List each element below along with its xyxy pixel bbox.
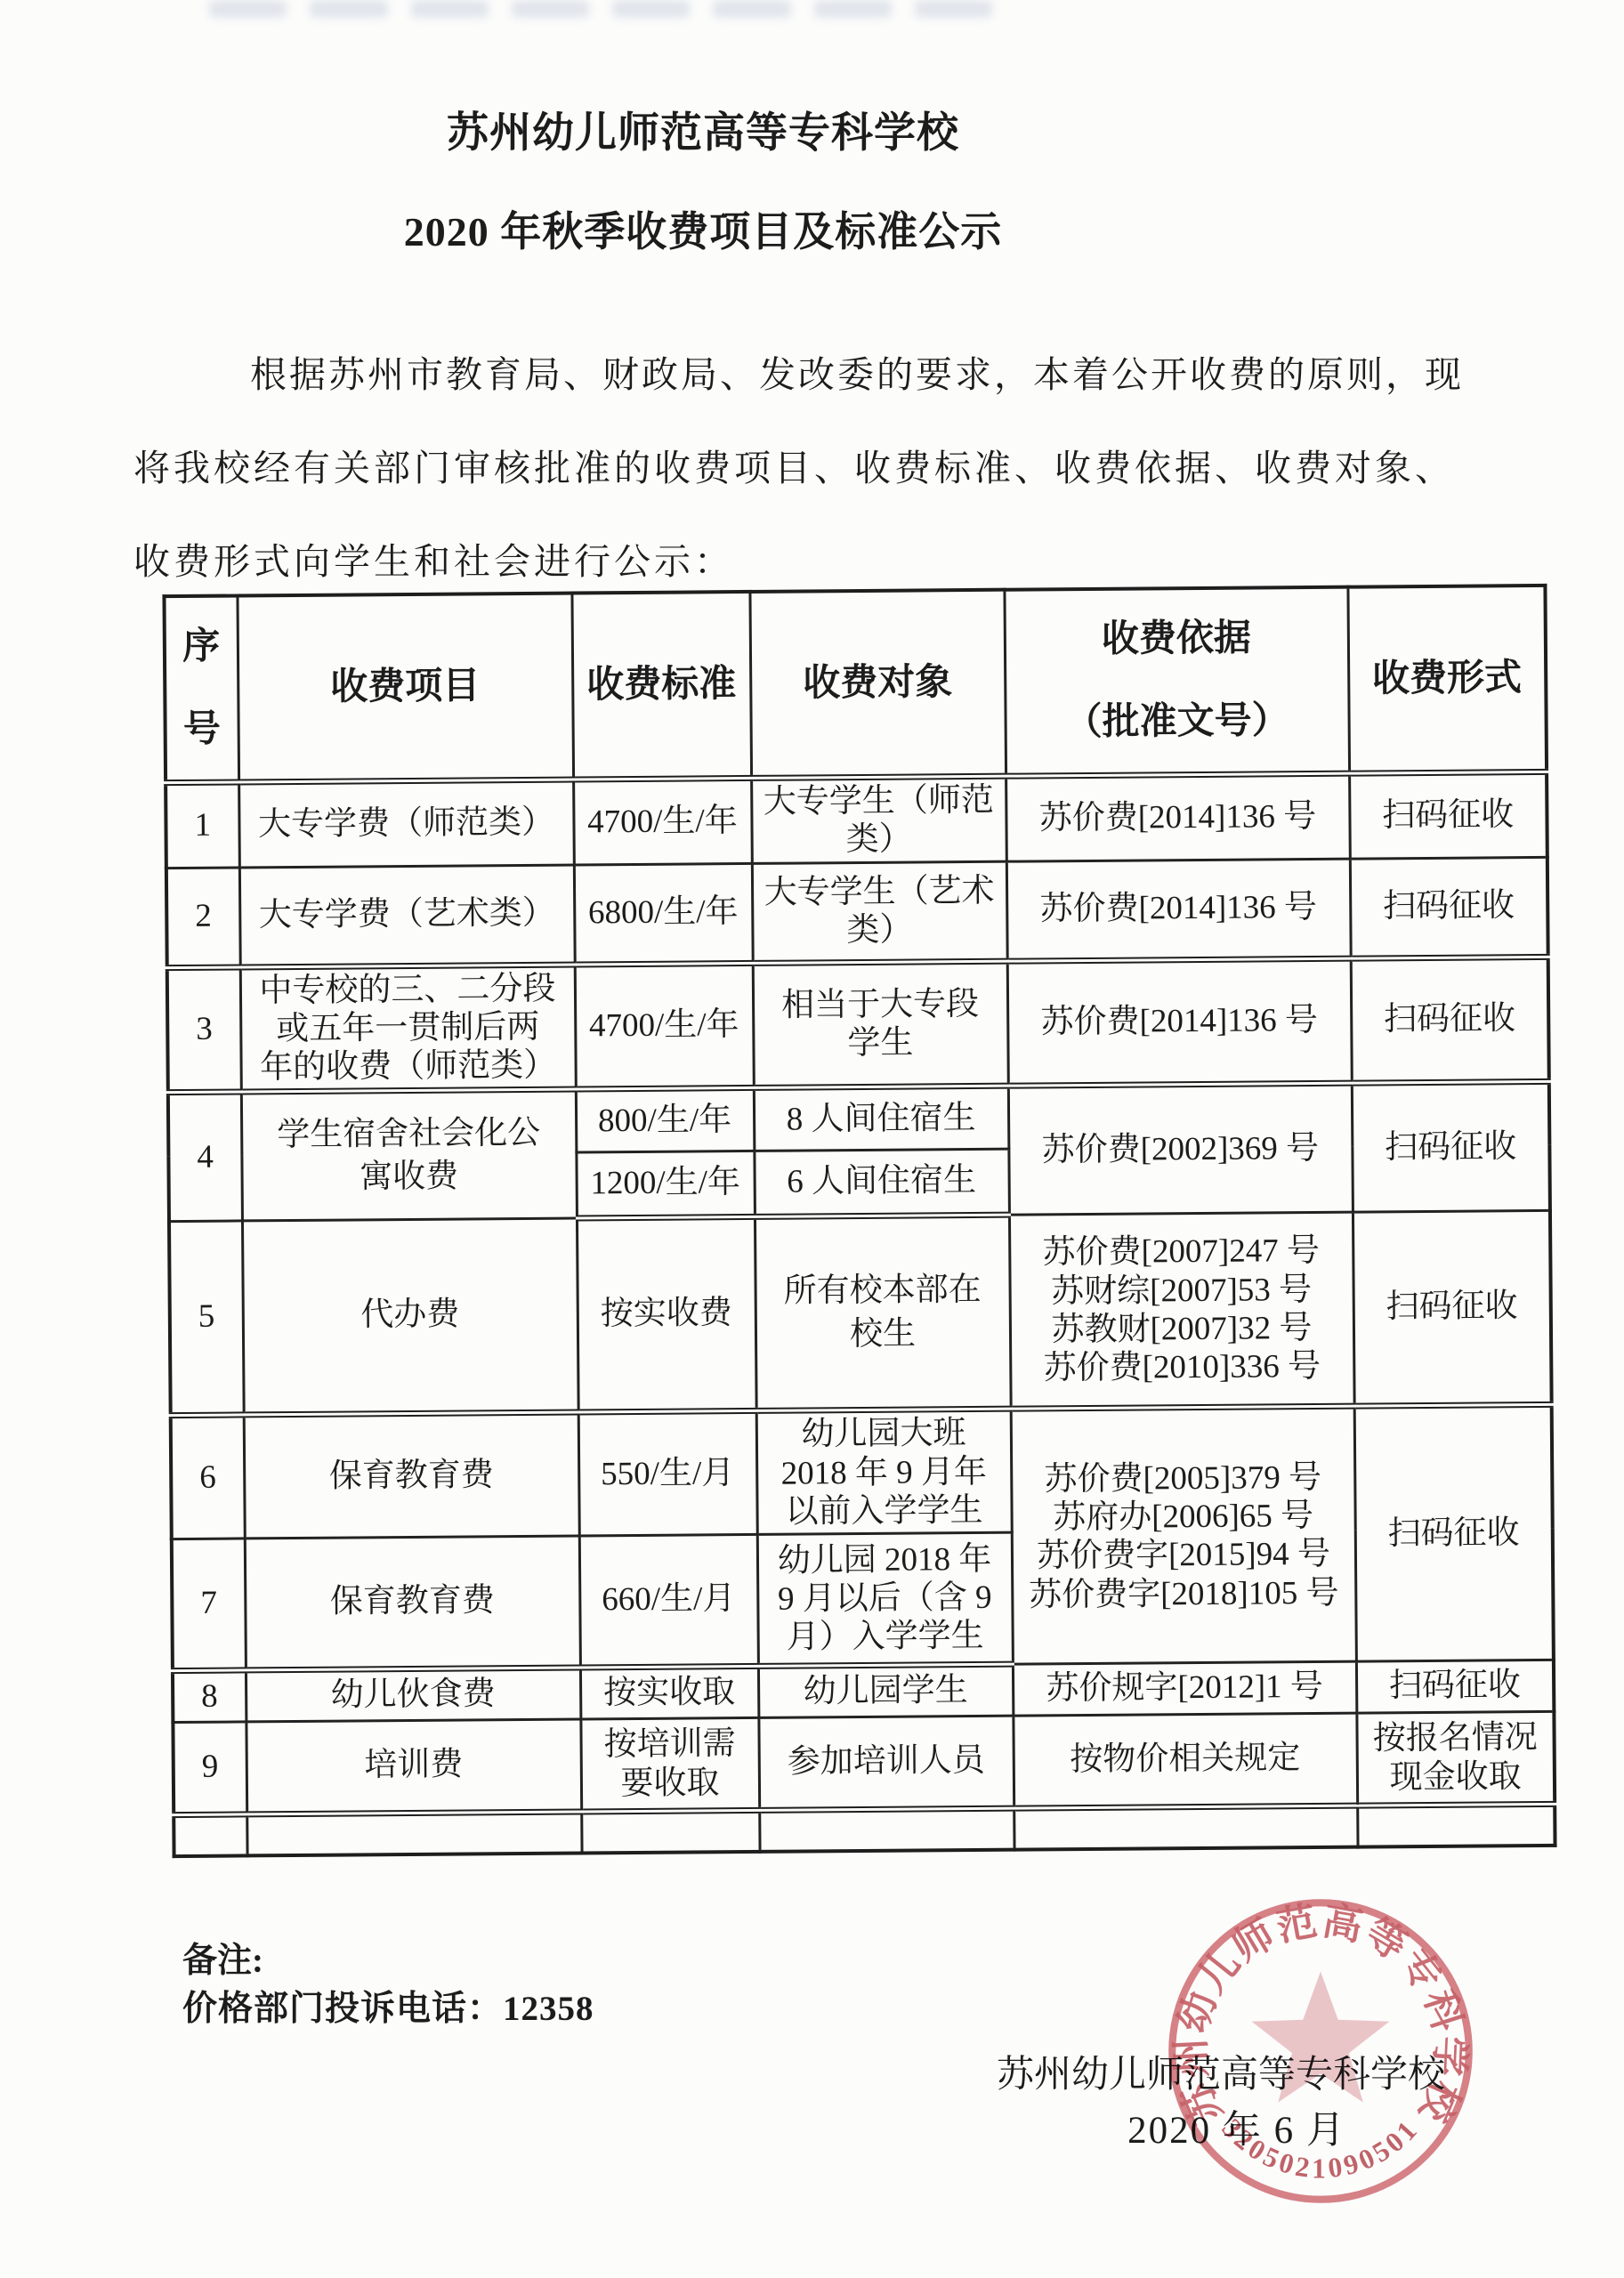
cell-r4-std-b: 1200/生/年 [576, 1151, 755, 1219]
cell-r6-target: 幼儿园大班 2018 年 9 月年 以前入学学生 [756, 1410, 1012, 1535]
cell-r1-std: 4700/生/年 [573, 778, 752, 865]
cell-r1-form: 扫码征收 [1349, 771, 1547, 859]
cell-r2-target: 大专学生（艺术 类） [752, 861, 1007, 963]
cell-r4-target-b: 6 人间住宿生 [754, 1150, 1009, 1217]
cell-r5-target: 所有校本部在 校生 [755, 1216, 1011, 1411]
cell-r9-no: 9 [173, 1722, 246, 1815]
cell-r5-form: 扫码征收 [1353, 1211, 1552, 1407]
header-target: 收费对象 [749, 590, 1006, 778]
cell-r8-no: 8 [173, 1670, 246, 1722]
table-row-1: 1 大专学费（师范类） 4700/生/年 大专学生（师范 类） 苏价费[2014… [166, 771, 1547, 868]
cell-r9-basis: 按物价相关规定 [1013, 1713, 1357, 1808]
official-seal-stamp: 苏州幼儿师范高等专科学校 3205021090501 [1158, 1888, 1483, 2214]
header-seq: 序 号 [164, 595, 238, 782]
header-item: 收费项目 [237, 594, 573, 782]
cell-r9-form: 按报名情况 现金收取 [1356, 1711, 1555, 1805]
cell-r3-basis: 苏价费[2014]136 号 [1007, 958, 1352, 1086]
intro-paragraph-line-2: 将我校经有关部门审核批准的收费项目、收费标准、收费依据、收费对象、 [133, 439, 1455, 491]
cell-r7-no: 7 [172, 1539, 246, 1671]
cell-r4-no: 4 [168, 1092, 242, 1222]
cell-r3-item: 中专校的三、二分段 或五年一贯制后两 年的收费（师范类） [240, 965, 576, 1093]
cell-r1-target: 大专学生（师范 类） [751, 776, 1006, 863]
cell-r3-no: 3 [167, 966, 241, 1092]
cell-r6-r7-basis: 苏价费[2005]379 号 苏府办[2006]65 号 苏价费字[2015]9… [1011, 1406, 1356, 1664]
table-row-2: 2 大专学费（艺术类） 6800/生/年 大专学生（艺术 类） 苏价费[2014… [166, 857, 1548, 967]
cell-r7-std: 660/生/月 [579, 1535, 758, 1668]
intro-paragraph-line-3: 收费形式向学生和社会进行公示： [133, 532, 734, 585]
notes-complaint-phone: 价格部门投诉电话：12358 [182, 1981, 594, 2031]
cell-r5-std: 按实收费 [577, 1217, 756, 1413]
table-row-4a: 4 学生宿舍社会化公 寓收费 800/生/年 8 人间住宿生 苏价费[2002]… [168, 1082, 1550, 1156]
cell-r8-basis: 苏价规字[2012]1 号 [1013, 1661, 1356, 1716]
document-title-school: 苏州幼儿师范高等专科学校 [0, 100, 1406, 159]
cell-r4-form: 扫码征收 [1352, 1082, 1550, 1213]
table-row-9: 9 培训费 按培训需 要收取 参加培训人员 按物价相关规定 按报名情况 现金收取 [173, 1711, 1555, 1814]
cell-r5-no: 5 [169, 1221, 244, 1416]
table-row-5: 5 代办费 按实收费 所有校本部在 校生 苏价费[2007]247 号 苏财综[… [169, 1211, 1552, 1416]
cell-r2-no: 2 [166, 867, 240, 967]
cell-r10-form [1357, 1804, 1555, 1846]
fee-table-wrapper: 序 号 收费项目 收费标准 收费对象 收费依据 （批准文号） 收费形式 1 大专… [162, 584, 1556, 1858]
svg-text:3205021090501: 3205021090501 [1216, 2112, 1425, 2184]
document-title-subject: 2020 年秋季收费项目及标准公示 [0, 199, 1406, 258]
cell-r6-r7-form: 扫码征收 [1354, 1405, 1554, 1662]
cell-r2-basis: 苏价费[2014]136 号 [1006, 859, 1351, 961]
cell-r10-item [246, 1812, 581, 1855]
cell-r5-basis: 苏价费[2007]247 号 苏财综[2007]53 号 苏教财[2007]32… [1009, 1212, 1354, 1409]
cell-r4-std-a: 800/生/年 [576, 1088, 755, 1153]
header-standard: 收费标准 [571, 592, 751, 780]
cell-r2-form: 扫码征收 [1350, 857, 1548, 958]
cell-r6-std: 550/生/月 [578, 1411, 757, 1536]
cell-r2-std: 6800/生/年 [574, 863, 753, 965]
cell-r9-item: 培训费 [246, 1719, 581, 1814]
cell-r10-no [174, 1814, 246, 1856]
header-form: 收费形式 [1347, 586, 1547, 773]
cell-r1-item: 大专学费（师范类） [238, 780, 574, 868]
cell-r1-basis: 苏价费[2014]136 号 [1006, 773, 1350, 861]
cell-r8-form: 扫码征收 [1356, 1660, 1554, 1714]
cell-r10-basis [1014, 1805, 1357, 1849]
scan-bleed-artifact [209, 0, 992, 18]
cell-r9-target: 参加培训人员 [758, 1716, 1014, 1810]
header-basis: 收费依据 （批准文号） [1004, 587, 1349, 776]
cell-r2-item: 大专学费（艺术类） [239, 865, 575, 967]
scanned-document-page: { "page": { "title_line1": "苏州幼儿师范高等专科学校… [0, 0, 1624, 2278]
cell-r9-std: 按培训需 要收取 [580, 1717, 759, 1812]
table-header-row: 序 号 收费项目 收费标准 收费对象 收费依据 （批准文号） 收费形式 [164, 586, 1547, 782]
cell-r7-item: 保育教育费 [245, 1536, 580, 1670]
cell-r8-target: 幼儿园学生 [758, 1664, 1013, 1717]
table-row-3: 3 中专校的三、二分段 或五年一贯制后两 年的收费（师范类） 4700/生/年 … [167, 957, 1549, 1093]
cell-r4-target-a: 8 人间住宿生 [754, 1086, 1009, 1151]
cell-r4-basis: 苏价费[2002]369 号 [1008, 1083, 1353, 1215]
cell-r3-form: 扫码征收 [1351, 957, 1549, 1084]
seal-serial-number: 3205021090501 [1216, 2112, 1425, 2184]
cell-r5-item: 代办费 [242, 1218, 578, 1415]
table-row-6: 6 保育教育费 550/生/月 幼儿园大班 2018 年 9 月年 以前入学学生… [171, 1405, 1553, 1539]
cell-r3-target: 相当于大专段 学生 [753, 961, 1008, 1088]
cell-r8-std: 按实收取 [580, 1667, 758, 1719]
cell-r10-std [581, 1810, 759, 1853]
cell-r6-no: 6 [171, 1415, 245, 1539]
intro-paragraph-line-1: 根据苏州市教育局、财政局、发改委的要求，本着公开收费的原则，现 [250, 345, 1464, 398]
cell-r10-target [759, 1808, 1014, 1851]
cell-r6-item: 保育教育费 [244, 1412, 579, 1539]
notes-label: 备注: [182, 1933, 263, 1983]
cell-r3-std: 4700/生/年 [575, 963, 754, 1089]
cell-r4-item: 学生宿舍社会化公 寓收费 [241, 1089, 577, 1221]
cell-r7-target: 幼儿园 2018 年 9 月以后（含 9 月）入学学生 [757, 1532, 1013, 1666]
cell-r1-no: 1 [166, 781, 239, 868]
cell-r8-item: 幼儿伙食费 [246, 1668, 580, 1722]
seal-star-icon [1252, 1972, 1390, 2103]
fee-table: 序 号 收费项目 收费标准 收费对象 收费依据 （批准文号） 收费形式 1 大专… [162, 584, 1556, 1858]
